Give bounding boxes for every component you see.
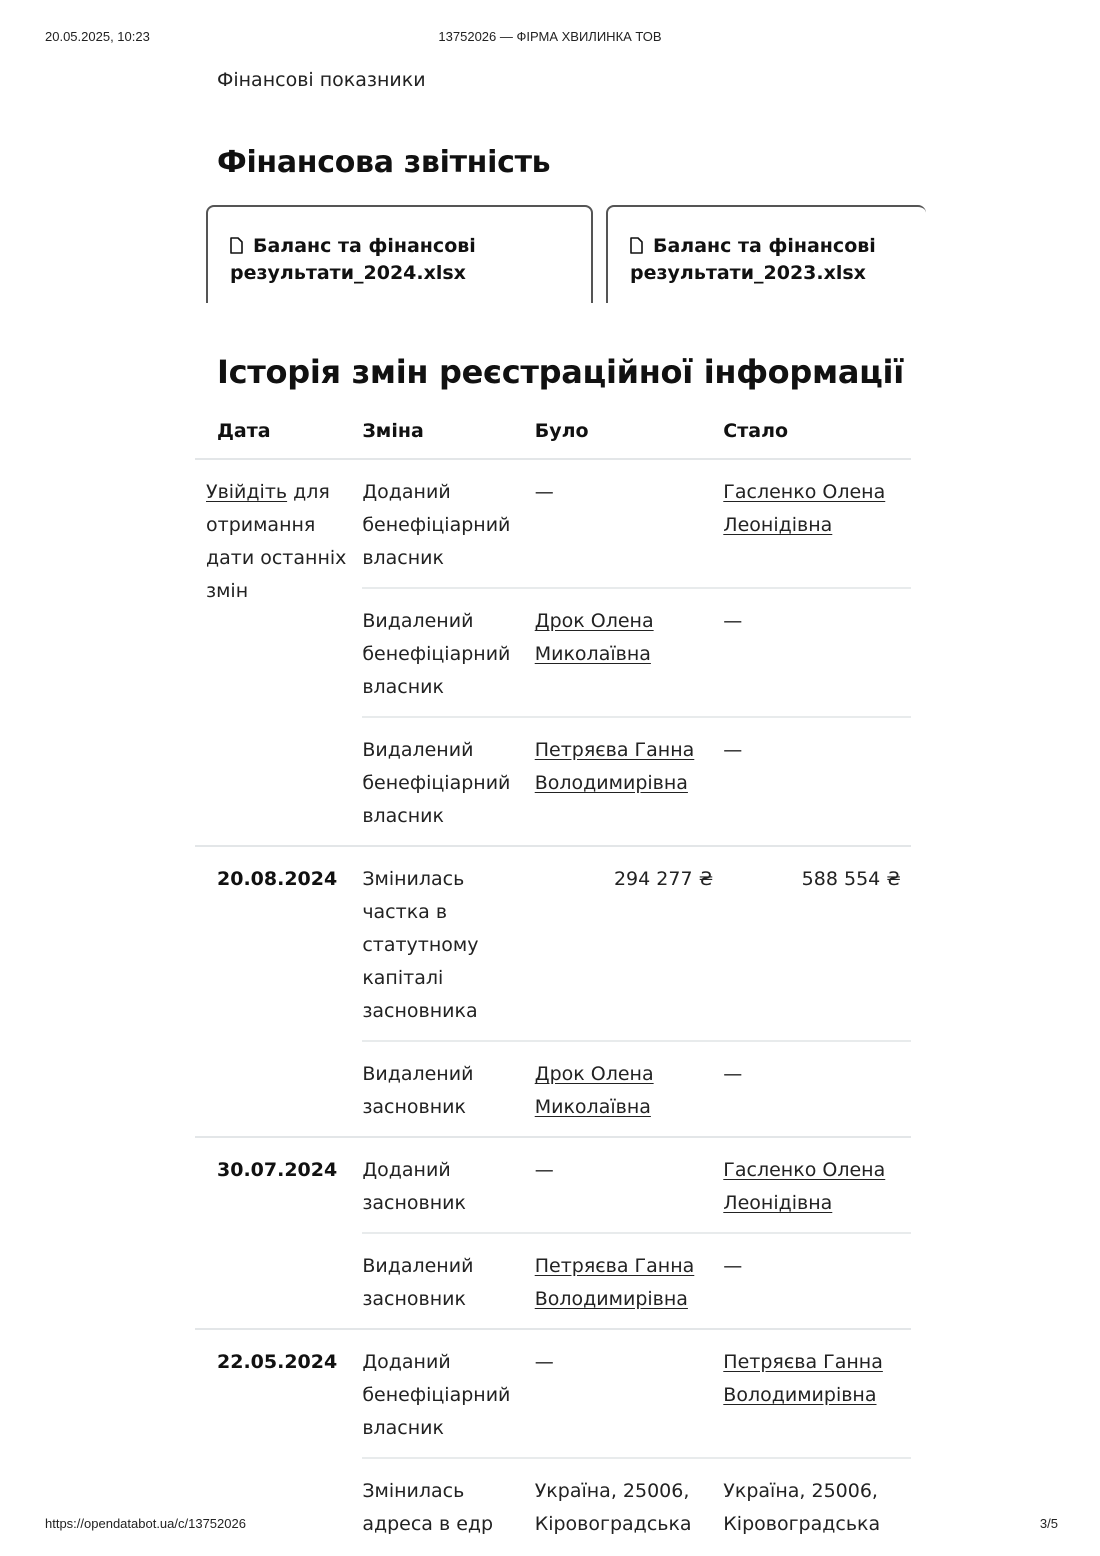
became-cell: Гасленко Олена Леонідівна: [723, 1137, 911, 1233]
person-link[interactable]: Петряєва Ганна Володимирівна: [535, 1255, 695, 1310]
person-link[interactable]: Гасленко Олена Леонідівна: [723, 1159, 885, 1214]
table-row: 20.08.2024Змінилась частка в статутному …: [195, 846, 911, 1041]
change-cell: Видалений бенефіціарний власник: [362, 717, 534, 846]
was-cell: Дрок Олена Миколаївна: [535, 588, 724, 717]
change-cell: Видалений засновник: [362, 1233, 534, 1329]
was-cell: Україна, 25006, Кіровоградська: [535, 1458, 724, 1553]
column-header-date: Дата: [195, 412, 362, 459]
change-cell: Видалений засновник: [362, 1041, 534, 1137]
history-heading: Історія змін реєстраційної інформації: [217, 353, 904, 391]
date-cell: 30.07.2024: [195, 1137, 362, 1329]
became-cell: —: [723, 1041, 911, 1137]
change-cell: Змінилась частка в статутному капіталі з…: [362, 846, 534, 1041]
file-name-rest: результати_2024.xlsx: [230, 262, 466, 284]
history-table: Дата Зміна Було Стало Увійдіть для отрим…: [195, 412, 911, 1553]
column-header-change: Зміна: [362, 412, 534, 459]
print-title: 13752026 — ФІРМА ХВИЛИНКА ТОВ: [0, 29, 1100, 44]
table-row: 22.05.2024Доданий бенефіціарний власник—…: [195, 1329, 911, 1458]
file-name-rest: результати_2023.xlsx: [630, 262, 866, 284]
table-header-row: Дата Зміна Було Стало: [195, 412, 911, 459]
was-cell: Петряєва Ганна Володимирівна: [535, 717, 724, 846]
was-cell: 294 277 ₴: [535, 846, 724, 1041]
date-cell: 20.08.2024: [195, 846, 362, 1137]
file-card-2023[interactable]: Баланс та фінансові результати_2023.xlsx: [606, 205, 926, 303]
column-header-became: Стало: [723, 412, 911, 459]
became-cell: Україна, 25006, Кіровоградська: [723, 1458, 911, 1553]
became-cell: Гасленко Олена Леонідівна: [723, 459, 911, 588]
file-name-bold: Баланс та фінансові: [253, 235, 476, 257]
financial-reports-heading: Фінансова звітність: [217, 145, 550, 180]
print-page-number: 3/5: [1040, 1516, 1058, 1531]
was-cell: —: [535, 459, 724, 588]
file-icon: [230, 237, 243, 254]
change-cell: Доданий бенефіціарний власник: [362, 459, 534, 588]
was-cell: —: [535, 1137, 724, 1233]
person-link[interactable]: Петряєва Ганна Володимирівна: [723, 1351, 883, 1406]
change-cell: Видалений бенефіціарний власник: [362, 588, 534, 717]
was-cell: Дрок Олена Миколаївна: [535, 1041, 724, 1137]
became-cell: —: [723, 1233, 911, 1329]
person-link[interactable]: Дрок Олена Миколаївна: [535, 1063, 654, 1118]
became-cell: —: [723, 588, 911, 717]
table-row: 30.07.2024Доданий засновник—Гасленко Оле…: [195, 1137, 911, 1233]
file-card-2024[interactable]: Баланс та фінансові результати_2024.xlsx: [206, 205, 593, 303]
file-cards: Баланс та фінансові результати_2024.xlsx…: [206, 205, 911, 303]
became-cell: 588 554 ₴: [723, 846, 911, 1041]
column-header-was: Було: [535, 412, 724, 459]
became-cell: Петряєва Ганна Володимирівна: [723, 1329, 911, 1458]
became-cell: —: [723, 717, 911, 846]
financial-indicators-link[interactable]: Фінансові показники: [217, 69, 426, 91]
login-link[interactable]: Увійдіть: [206, 481, 287, 503]
was-cell: Петряєва Ганна Володимирівна: [535, 1233, 724, 1329]
file-name-bold: Баланс та фінансові: [653, 235, 876, 257]
file-icon: [630, 237, 643, 254]
history-body: Увійдіть для отримання дати останніх змі…: [195, 459, 911, 1553]
date-cell: Увійдіть для отримання дати останніх змі…: [195, 459, 362, 846]
table-row: Увійдіть для отримання дати останніх змі…: [195, 459, 911, 588]
change-cell: Змінилась адреса в едр: [362, 1458, 534, 1553]
change-cell: Доданий засновник: [362, 1137, 534, 1233]
person-link[interactable]: Дрок Олена Миколаївна: [535, 610, 654, 665]
was-cell: —: [535, 1329, 724, 1458]
change-cell: Доданий бенефіціарний власник: [362, 1329, 534, 1458]
print-url: https://opendatabot.ua/c/13752026: [45, 1516, 246, 1531]
person-link[interactable]: Гасленко Олена Леонідівна: [723, 481, 885, 536]
person-link[interactable]: Петряєва Ганна Володимирівна: [535, 739, 695, 794]
